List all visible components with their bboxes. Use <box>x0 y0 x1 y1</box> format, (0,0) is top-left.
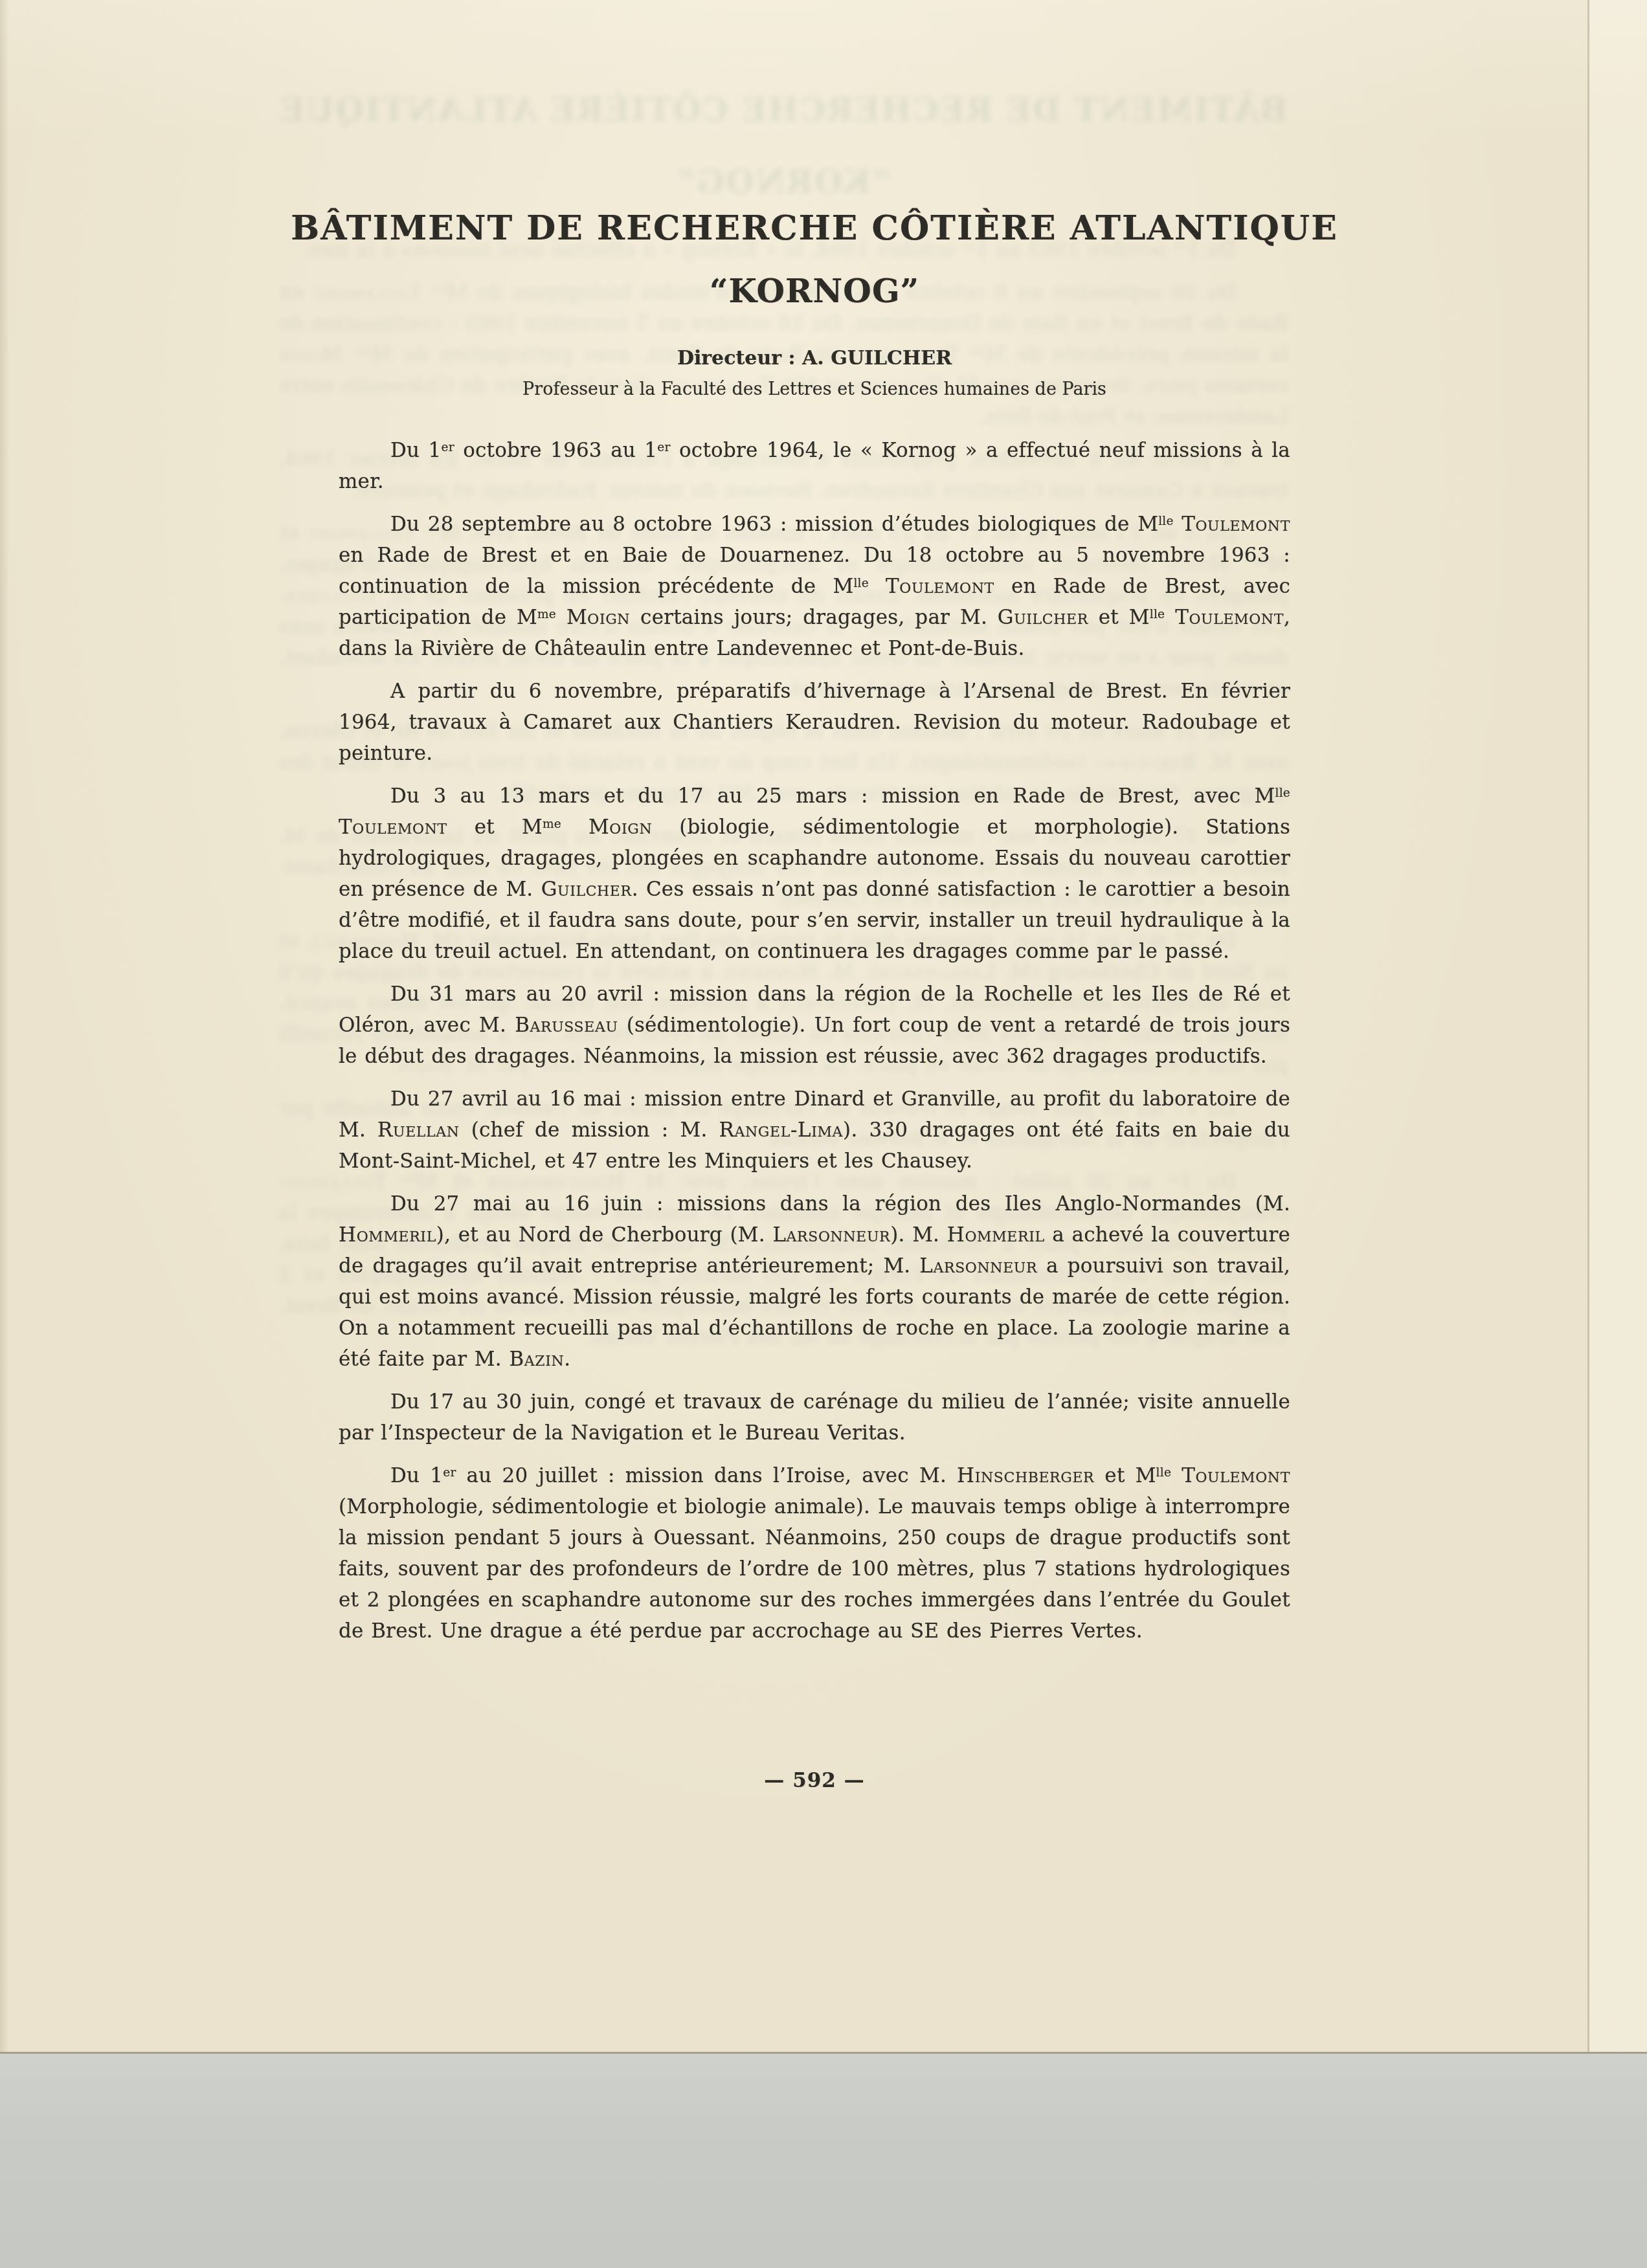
ship-name-title: “KORNOG” <box>0 272 1629 310</box>
book-page: BÂTIMENT DE RECHERCHE CÔTIÈRE ATLANTIQUE… <box>0 0 1647 2054</box>
affiliation-line: Professeur à la Faculté des Lettres et S… <box>0 379 1629 399</box>
article-title: BÂTIMENT DE RECHERCHE CÔTIÈRE ATLANTIQUE <box>0 208 1629 248</box>
scanner-background <box>0 2054 1647 2268</box>
article-body: Du 1er octobre 1963 au 1er octobre 1964,… <box>339 435 1290 1658</box>
paragraph: Du 31 mars au 20 avril : mission dans la… <box>339 979 1290 1072</box>
paragraph: Du 27 mai au 16 juin : missions dans la … <box>339 1188 1290 1375</box>
page-edge-highlight <box>1589 0 1647 2052</box>
scanned-book-page: { "document": { "title": "BÂTIMENT DE RE… <box>0 0 1647 2268</box>
ghost-title: BÂTIMENT DE RECHERCHE CÔTIÈRE ATLANTIQUE <box>278 91 1288 129</box>
paragraph: Du 28 septembre au 8 octobre 1963 : miss… <box>339 509 1290 664</box>
paragraph: Du 1er au 20 juillet : mission dans l’Ir… <box>339 1460 1290 1647</box>
paragraph: A partir du 6 novembre, préparatifs d’hi… <box>339 676 1290 769</box>
paragraph: Du 27 avril au 16 mai : mission entre Di… <box>339 1084 1290 1177</box>
paragraph: Du 1er octobre 1963 au 1er octobre 1964,… <box>339 435 1290 497</box>
page-number: — 592 — <box>0 1769 1629 1792</box>
ghost-ship-name: “KORNOG” <box>278 162 1288 201</box>
paragraph: Du 17 au 30 juin, congé et travaux de ca… <box>339 1386 1290 1449</box>
paragraph: Du 3 au 13 mars et du 17 au 25 mars : mi… <box>339 781 1290 967</box>
director-line: Directeur : A. GUILCHER <box>0 347 1629 370</box>
